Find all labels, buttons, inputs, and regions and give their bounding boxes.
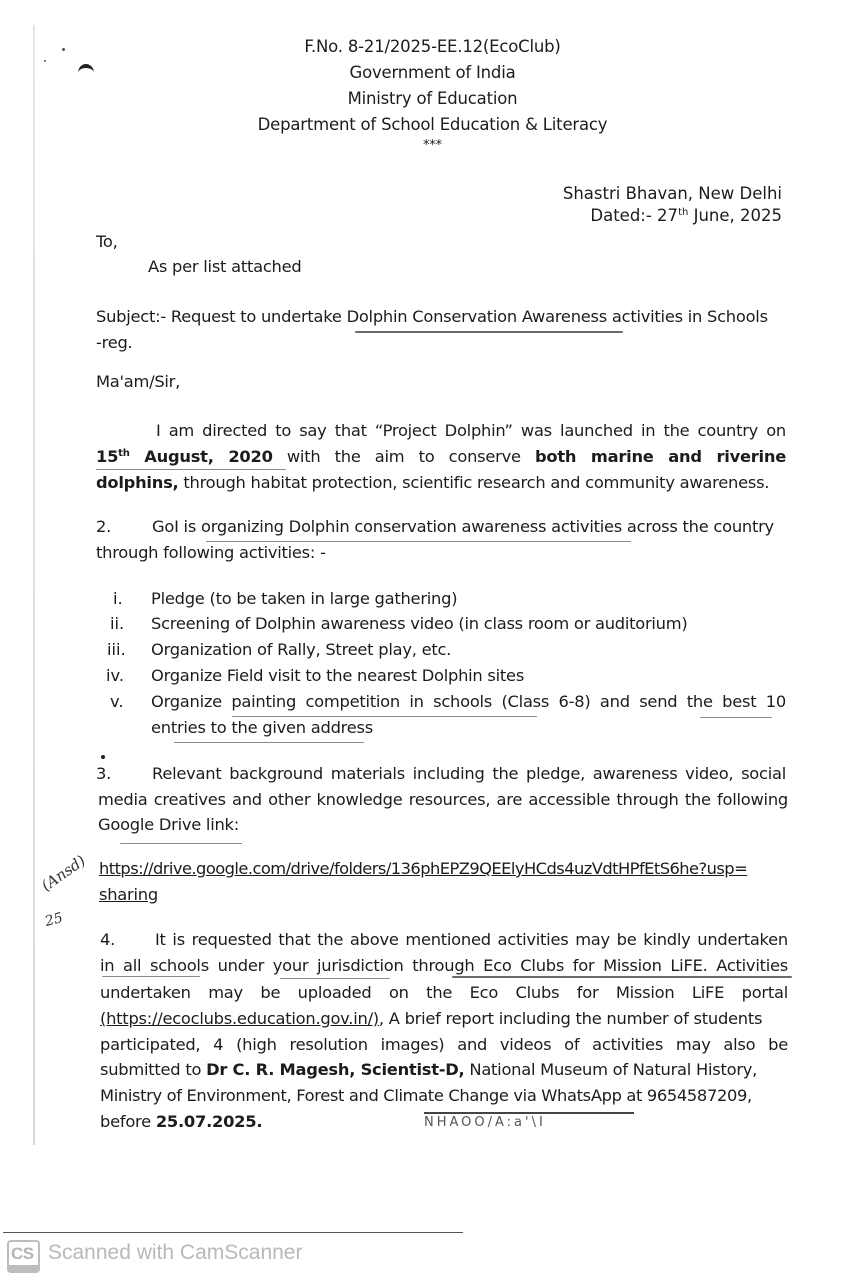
para1-line1: I am directed to say that “Project Dolph… [156,421,786,440]
government-title: Government of India [0,63,865,82]
ministry-title: Ministry of Education [0,89,865,108]
footer-rule [3,1232,463,1233]
camscanner-logo-icon: CS [7,1240,40,1273]
activity-item: Organize painting competition in schools… [151,692,786,711]
margin-handwritten-note: (Ansd) [38,852,89,895]
activity-item: Pledge (to be taken in large gathering) [151,589,457,608]
pen-underline [96,469,286,470]
para4-line6: submitted to Dr C. R. Magesh, Scientist-… [100,1060,757,1079]
activity-num: v. [110,692,140,711]
activity-item: Organization of Rally, Street play, etc. [151,640,451,659]
activity-num: iv. [106,666,136,685]
camscanner-watermark: Scanned with CamScanner [48,1241,302,1265]
pen-underline [700,717,772,718]
subject-reg: -reg. [96,333,133,352]
para4-line3: undertaken may be uploaded on the Eco Cl… [100,983,788,1002]
para4-line7: Ministry of Environment, Forest and Clim… [100,1086,752,1105]
para2-line2: through following activities: - [96,543,326,562]
recipient: As per list attached [148,257,301,276]
para1-line2: 15th August, 2020 with the aim to conser… [96,447,786,466]
pen-underline [232,716,537,717]
letter-date: Dated:- 27th June, 2025 [590,206,782,225]
department-title: Department of School Education & Literac… [0,115,865,134]
para4-line5: participated, 4 (high resolution images)… [100,1035,788,1054]
para2-number: 2. [96,517,111,536]
pen-dot [101,755,105,759]
activity-num: ii. [110,614,140,633]
scanned-letter-page: F.No. 8-21/2025-EE.12(EcoClub) Governmen… [0,0,865,1280]
file-number: F.No. 8-21/2025-EE.12(EcoClub) [0,37,865,56]
salutation: Ma'am/Sir, [96,372,180,391]
pen-underline [174,742,364,743]
activity-item-cont: entries to the given address [151,718,373,737]
activity-item: Screening of Dolphin awareness video (in… [151,614,687,633]
ecoclubs-portal-link[interactable]: (https://ecoclubs.education.gov.in/) [100,1009,379,1028]
para1-line3: dolphins, through habitat protection, sc… [96,473,769,492]
activity-num: i. [113,589,143,608]
pen-underline [280,978,390,979]
para3-number: 3. [96,764,111,783]
para3-line2: media creatives and other knowledge reso… [98,790,788,809]
pen-underline [355,331,623,333]
para2-line1: GoI is organizing Dolphin conservation a… [152,517,774,536]
pen-underline [206,541,631,542]
para4-line1: It is requested that the above mentioned… [155,930,788,949]
para3-line3: Google Drive link: [98,815,239,834]
scan-edge-shadow [33,25,35,1145]
activity-num: iii. [107,640,137,659]
partial-stamp-mark: NHAOO/A:a'\I [424,1112,634,1128]
para4-number: 4. [100,930,115,949]
to-label: To, [96,232,118,251]
activity-item: Organize Field visit to the nearest Dolp… [151,666,524,685]
subject-line: Subject:- Request to undertake Dolphin C… [96,307,768,326]
google-drive-link-cont[interactable]: sharing [99,885,158,904]
para4-line2: in all schools under your jurisdiction t… [100,956,788,975]
pen-underline [120,843,242,844]
header-separator: *** [0,138,865,153]
para4-line8: before 25.07.2025. [100,1112,262,1131]
margin-handwritten-number: 25 [43,910,64,930]
pen-underline [452,976,792,978]
place: Shastri Bhavan, New Delhi [563,184,782,203]
google-drive-link[interactable]: https://drive.google.com/drive/folders/1… [99,859,747,878]
para3-line1: Relevant background materials including … [152,764,786,783]
para4-line4: (https://ecoclubs.education.gov.in/), A … [100,1009,762,1028]
scan-speck [44,60,46,62]
pen-underline [102,976,200,977]
